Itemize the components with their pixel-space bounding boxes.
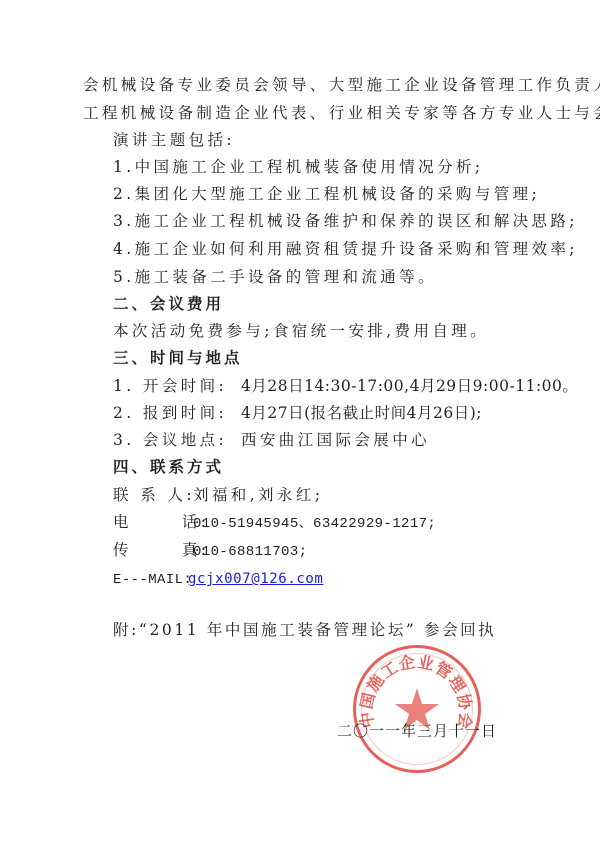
topic-item-3: 3.施工企业工程机械设备维护和保养的误区和解决思路; — [113, 211, 578, 231]
official-seal-stamp: 中国施工企业管理协会 — [353, 645, 481, 773]
venue-value: 西安曲江国际会展中心 — [241, 431, 430, 449]
intro-line-2: 工程机械设备制造企业代表、行业相关专家等各方专业人士与会。 — [83, 103, 600, 123]
phone-value: 010-51945945、63422929-1217; — [193, 516, 436, 532]
document-date: 二〇一一年三月十一日 — [337, 720, 497, 741]
venue-label: 3. 会议地点: — [113, 430, 241, 450]
intro-line-1: 会机械设备专业委员会领导、大型施工企业设备管理工作负责人、 — [83, 75, 600, 95]
meeting-time-label: 1. 开会时间: — [113, 376, 241, 396]
topic-item-5: 5.施工装备二手设备的管理和流通等。 — [113, 267, 437, 287]
section-heading-fees: 二、会议费用 — [113, 294, 224, 314]
fax-value: 010-68811703; — [193, 544, 307, 560]
email-link[interactable]: gcjx007@126.com — [188, 571, 323, 587]
email-row: E---MAIL:gcjx007@126.com — [113, 568, 323, 590]
fax-row: 传 真:010-68811703; — [113, 540, 307, 562]
section-heading-time-place: 三、时间与地点 — [113, 348, 243, 368]
fees-text: 本次活动免费参与;食宿统一安排,费用自理。 — [113, 321, 489, 341]
phone-row: 电 话:010-51945945、63422929-1217; — [113, 512, 436, 534]
schedule-item-venue: 3. 会议地点:西安曲江国际会展中心 — [113, 430, 430, 450]
attachment-note: 附:“2011 年中国施工装备管理论坛” 参会回执 — [113, 620, 496, 640]
schedule-item-checkin-time: 2. 报到时间:4月27日(报名截止时间4月26日); — [113, 403, 482, 423]
topic-item-1: 1.中国施工企业工程机械装备使用情况分析; — [113, 157, 483, 177]
seal-star-icon: 中国施工企业管理协会 — [356, 648, 478, 770]
topic-item-4: 4.施工企业如何利用融资租赁提升设备采购和管理效率; — [113, 239, 578, 259]
phone-label: 电 话: — [113, 512, 193, 532]
section-heading-contact: 四、联系方式 — [113, 457, 224, 477]
checkin-time-label: 2. 报到时间: — [113, 403, 241, 423]
schedule-item-meeting-time: 1. 开会时间:4月28日14:30-17:00,4月29日9:00-11:00… — [113, 376, 578, 396]
topic-item-2: 2.集团化大型施工企业工程机械设备的采购与管理; — [113, 184, 540, 204]
contact-person-label: 联 系 人: — [113, 485, 193, 505]
checkin-time-value: 4月27日(报名截止时间4月26日); — [241, 404, 482, 422]
email-label: E---MAIL: — [113, 570, 188, 590]
fax-label: 传 真: — [113, 540, 193, 560]
meeting-time-value: 4月28日14:30-17:00,4月29日9:00-11:00。 — [241, 377, 578, 395]
contact-person-value: 刘福和,刘永红; — [193, 486, 323, 504]
topics-heading: 演讲主题包括: — [113, 130, 235, 150]
contact-person-row: 联 系 人:刘福和,刘永红; — [113, 485, 323, 505]
